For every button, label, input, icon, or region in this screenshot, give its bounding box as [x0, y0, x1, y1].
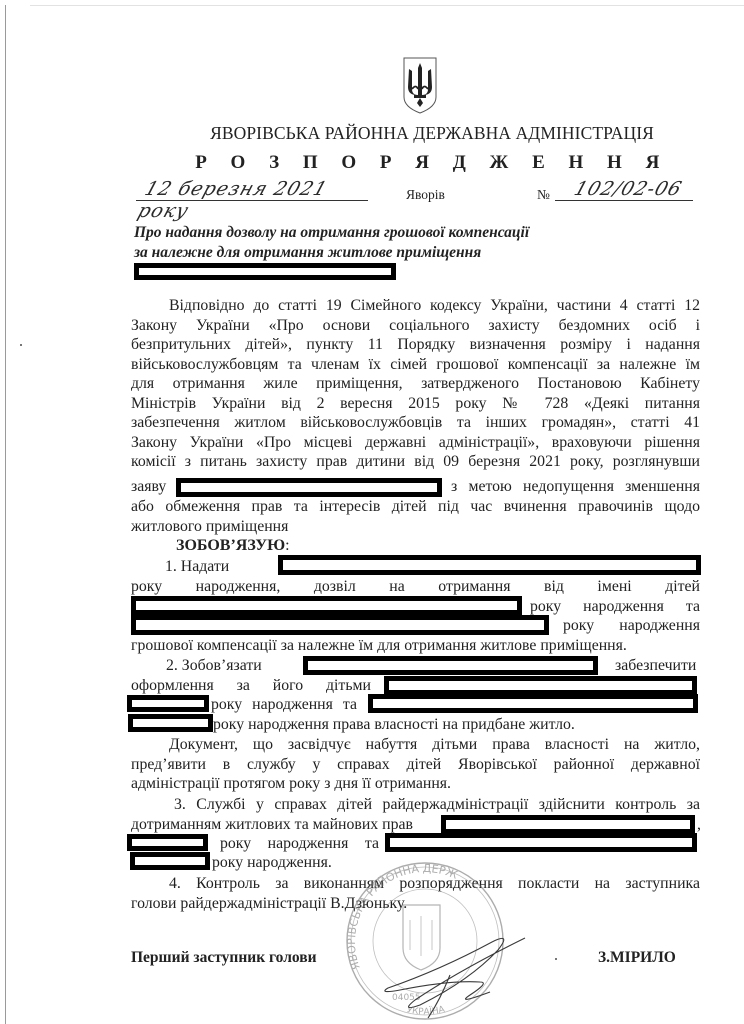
- item2-start: 2. Зобов’язати: [166, 656, 262, 676]
- ukraine-trident-icon: [403, 57, 437, 114]
- redacted-box: [127, 695, 209, 712]
- preamble-line: безпритульних дітей», пункту 11 Порядку …: [131, 335, 700, 355]
- item3-line2-start: дотриманням житлових та майнових прав: [131, 815, 413, 835]
- redacted-box: [441, 815, 695, 834]
- item3-line3-mid: року народження та: [220, 834, 379, 854]
- redacted-box: [128, 714, 213, 732]
- item2-doc-line: адміністрації протягом року з дня її отр…: [131, 774, 700, 794]
- preamble-line: забезпечення житлом військовослужбовців …: [131, 413, 700, 433]
- redacted-box: [385, 833, 697, 852]
- item2-doc-line: Документ, що засвідчує набуття дітьми пр…: [131, 735, 700, 755]
- redacted-box: [130, 852, 210, 870]
- subject-line-2: за належне для отримання житлове приміще…: [134, 243, 614, 263]
- number-label: №: [537, 187, 550, 203]
- signatory-name: З.МІРИЛО: [598, 949, 676, 967]
- number-field: 102/02-06: [555, 178, 695, 204]
- number-underline: [555, 200, 693, 201]
- item1-line3-end: року народження та: [530, 597, 700, 617]
- preamble-line: житлового приміщення: [131, 517, 700, 537]
- redacted-box: [278, 555, 701, 575]
- preamble-line: або обмеження прав та інтересів дітей пі…: [131, 497, 700, 517]
- decree-heading: ЗОБОВ’ЯЗУЮ:: [176, 536, 290, 556]
- scan-edge-top: [30, 5, 744, 6]
- preamble-line: Закону України «Про місцеві державні адм…: [131, 433, 700, 453]
- redacted-box: [127, 834, 208, 851]
- item1-start: 1. Надати: [165, 557, 229, 577]
- signatory-title: Перший заступник голови: [131, 949, 317, 967]
- preamble-line: військовослужбовцям та членам їх сімей г…: [131, 355, 700, 375]
- item1-line4-end: року народження: [563, 616, 700, 636]
- redacted-box: [131, 615, 549, 635]
- preamble-zayavu: заяву: [131, 477, 166, 497]
- preamble-end: або обмеження прав та інтересів дітей пі…: [131, 497, 700, 536]
- redacted-box: [134, 263, 396, 280]
- item1-line5: грошової компенсації за належне їм для о…: [131, 636, 627, 656]
- preamble-paragraph: Відповідно до статті 19 Сімейного кодекс…: [131, 296, 700, 472]
- item3-comma: ,: [697, 815, 701, 835]
- scan-speck: [20, 344, 22, 346]
- redacted-box: [303, 656, 598, 675]
- preamble-line: комісії з питань захисту прав дитини від…: [131, 452, 700, 472]
- document-subject: Про надання дозволу на отримання грошово…: [134, 223, 614, 263]
- document-type: Р О З П О Р Я Д Ж Е Н Н Я: [0, 152, 744, 174]
- place-name: Яворів: [406, 187, 445, 203]
- scan-speck: [555, 958, 557, 960]
- subject-line-1: Про надання дозволу на отримання грошово…: [134, 223, 614, 243]
- handwritten-number: 102/02-06: [571, 178, 685, 200]
- item2-line3-mid: року народження та: [211, 695, 357, 715]
- preamble-line: для отримання жиле приміщення, затвердже…: [131, 374, 700, 394]
- item3-line1: 3. Службі у справах дітей райдержадмініс…: [174, 795, 700, 815]
- date-underline: [136, 200, 368, 201]
- item1-line2: року народження, дозвіл на отримання від…: [131, 577, 700, 597]
- organization-name: ЯВОРІВСЬКА РАЙОННА ДЕРЖАВНА АДМІНІСТРАЦІ…: [0, 123, 744, 144]
- redacted-box: [176, 478, 442, 497]
- preamble-line: Закону України «Про основи соціального з…: [131, 316, 700, 336]
- item2-doc-line: пред’явити в службу у справах дітей Явор…: [131, 755, 700, 775]
- redacted-box: [131, 596, 522, 615]
- redacted-box: [384, 676, 697, 695]
- decree-word: ЗОБОВ’ЯЗУЮ: [176, 537, 285, 554]
- preamble-zayavu-end: з метою недопущення зменшення: [451, 477, 700, 497]
- redacted-box: [368, 694, 698, 713]
- item2-line4-end: року народження права власності на придб…: [213, 715, 575, 735]
- item2-line1-end: забезпечити: [615, 656, 696, 676]
- item2-line2-start: оформлення за його дітьми: [131, 676, 371, 696]
- decree-colon: :: [285, 537, 289, 554]
- date-field: 12 березня 2021 року: [136, 178, 368, 204]
- handwritten-signature-icon: [380, 930, 530, 1020]
- item3-line4-end: року народження.: [212, 853, 332, 873]
- item2-document-paragraph: Документ, що засвідчує набуття дітьми пр…: [131, 735, 700, 794]
- preamble-line: Відповідно до статті 19 Сімейного кодекс…: [131, 296, 700, 316]
- preamble-line: Міністрів України від 2 вересня 2015 рок…: [131, 394, 700, 414]
